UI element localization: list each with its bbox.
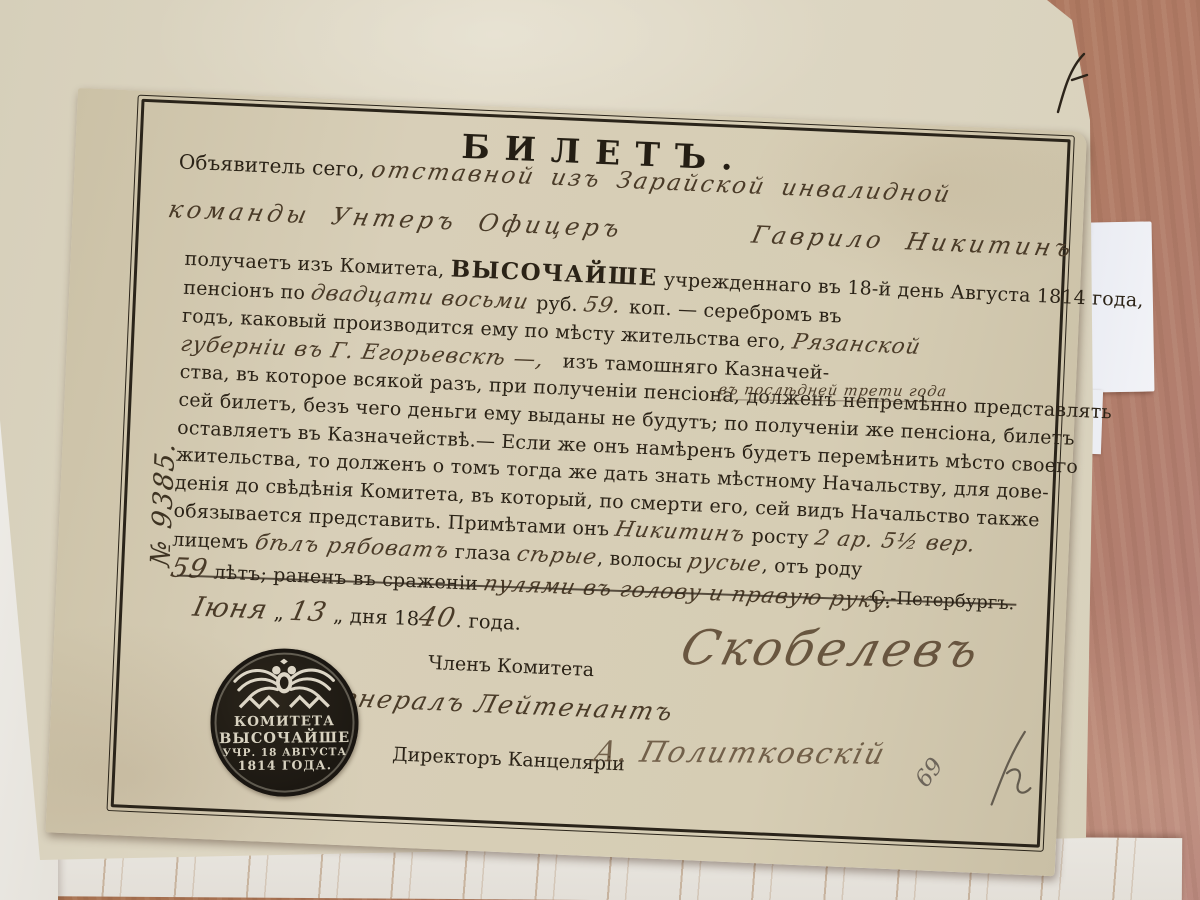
handwritten-text: 59. xyxy=(581,291,632,320)
director-signature: А. Политковскій xyxy=(590,734,890,770)
printed-text: „ дня 18 xyxy=(326,603,420,630)
printed-text: , отъ роду xyxy=(761,554,863,580)
document-body: получаетъ изъ Комитета, ВЫСОЧАЙШЕ учрежд… xyxy=(170,244,1046,622)
printed-text: , волосы xyxy=(597,547,689,573)
handwritten-text: Рязанской xyxy=(789,329,923,362)
printed-text: руб. xyxy=(536,292,585,316)
printed-text: . года. xyxy=(455,609,522,635)
committee-member-signature: Скобелевъ xyxy=(675,620,987,678)
committee-seal: КОМИТЕТА ВЫСОЧАЙШЕ УЧР. 18 АВГУСТА 1814 … xyxy=(210,648,359,797)
document-number-vertical: № 9385. xyxy=(145,438,181,569)
handwritten-text: Іюня xyxy=(190,592,271,626)
handwritten-insert-note: въ послѣдней трети года xyxy=(714,382,951,402)
pencil-squiggle xyxy=(977,720,1043,815)
double-headed-eagle-icon xyxy=(225,658,343,715)
billet-sheet: БИЛЕТЪ. Объявитель сего, отставной изъ З… xyxy=(46,88,1088,876)
handwritten-text: 13 xyxy=(287,596,330,628)
seal-text-line: ВЫСОЧАЙШЕ xyxy=(211,729,359,747)
printed-text: лицемъ xyxy=(172,528,255,554)
handwritten-text: Никитинъ xyxy=(613,516,749,549)
seal-text-line: 1814 ГОДА. xyxy=(211,758,359,774)
printed-text: росту xyxy=(745,525,815,550)
handwritten-text: 40 xyxy=(416,602,459,634)
handwritten-text: сѣрые xyxy=(514,541,600,572)
handwritten-text: русые xyxy=(685,548,765,579)
ink-mark xyxy=(1048,48,1094,120)
printed-text: пенсіонъ по xyxy=(183,276,312,304)
photo-of-historical-document: БИЛЕТЪ. Объявитель сего, отставной изъ З… xyxy=(0,0,1200,900)
printed-text: глаза xyxy=(448,541,517,566)
